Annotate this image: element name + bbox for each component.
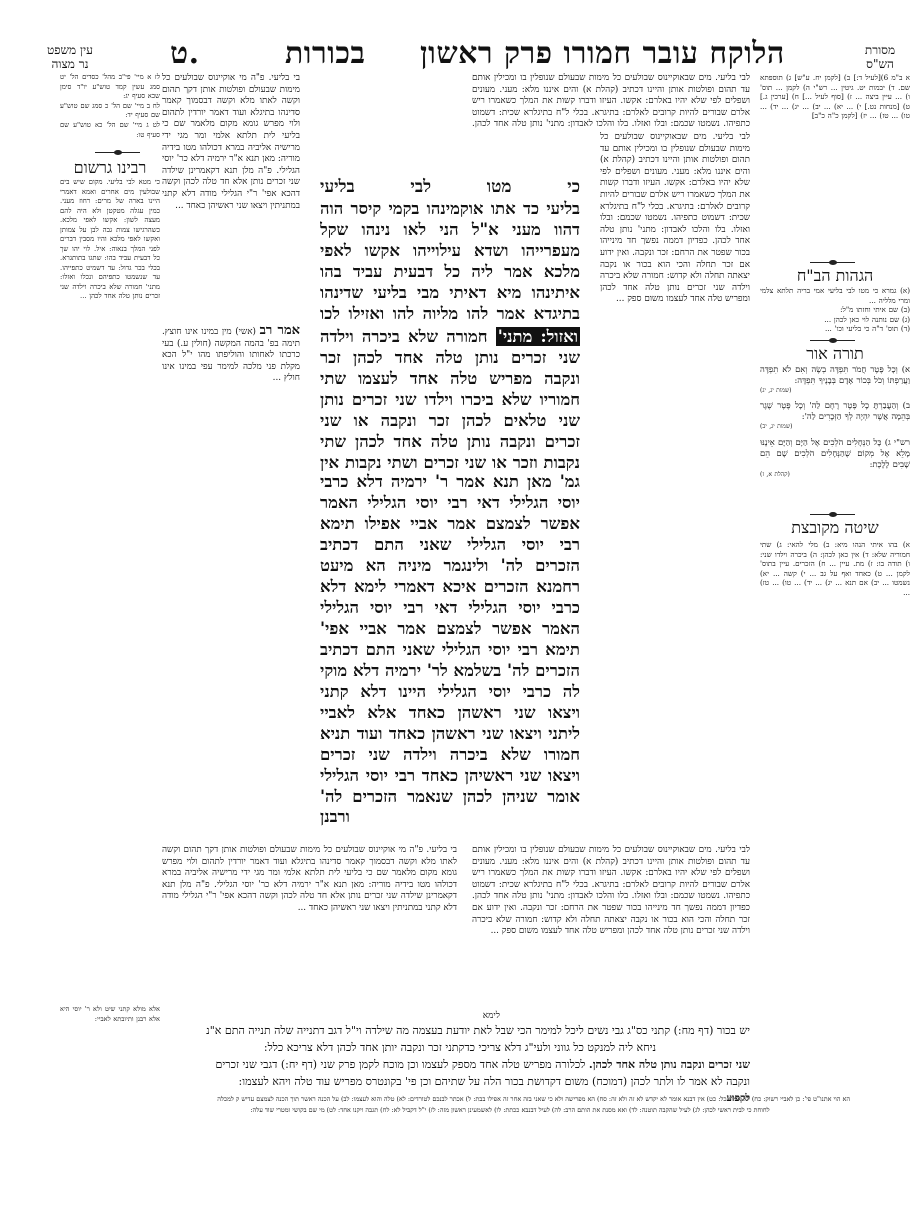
gemara-block: כי מטו לבי בליעי בליעי כד אתו אוקמינהו ב…	[320, 176, 580, 827]
rashi-margin-verse: רש"י ג) כָּל הַנְּחָלִים הֹלְכִים אֶל הַ…	[760, 437, 910, 470]
bottom-line: ונקבה לא אמר לו ולתר לכהן (דמוכח) משום ד…	[170, 1073, 750, 1090]
torah-or-title: תורה אור	[760, 344, 910, 364]
ein-mishpat-label: עין משפט נר מצוה	[40, 43, 100, 71]
hagahot-item: (ב) שם איתי וחזתו מ"ל:	[760, 305, 910, 315]
footnotes: הא הוי אתנו"ט פי': כן לאביי רשוק: כח) לא…	[170, 1094, 850, 1116]
gemara-closing: ורבנן	[320, 806, 490, 827]
gemara-body: מאן תנא אמר ר' ירמיה דלא כרבי יוסי הגליל…	[320, 472, 580, 806]
rashi-text-top: לבי בליעי. מים שבאוקיינוס שבולעים כל מימ…	[472, 73, 750, 131]
rashi-continued: לבי בליעי. מים שבאוקיינוס שבולעים כל מימ…	[472, 845, 750, 1010]
hagahot-habach-list: (א) גמרא כי מטו לבי בליעי אמי בריה תלתא …	[760, 286, 910, 334]
bottom-heading-line: שני זכרים ונקבה נותן טלה אחד לכהן. לכלור…	[170, 1056, 750, 1073]
rashi-text-column: לבי בליעי. מים שבאוקיינוס שבולעים כל מימ…	[600, 132, 750, 842]
footnote-line: לחוחת כי לבית ראשי לכהן: לג) לעיל שהקבה …	[170, 1105, 850, 1116]
ein-mishpat-entry: לח ב מיי' שם הל' כ סמג שם טוש"ע שם סעיף …	[60, 102, 160, 121]
masoret-hashas-label: מסורת הש"ס	[855, 43, 905, 71]
hagahot-item: (ד) תוס' ד"ה כי בליעי וכו' ...	[760, 324, 910, 334]
gemara-marker: גמ'	[560, 472, 580, 491]
tosafot-continued: בי בליעי. פ"ה מי אוקיינוס שבולעים כל מימ…	[162, 845, 457, 1010]
torah-or-verse: א) וְכָל פֶּטֶר חֲמֹר תִּפְדֶּה בְשֶׂה ו…	[760, 364, 910, 386]
shita-mekubetzet-text: א) בהו איתי הנהו מיא: ב) מלי להאי: ג) שת…	[760, 540, 910, 1070]
bottom-line: יש בכור (דף מח:) קתני כס"ג גבי נשים ליכל…	[170, 1022, 750, 1039]
mishnah-text: ואזול: מתני' חמורה שלא ביכרה וילדה שני ז…	[320, 326, 580, 471]
gemara-lines-before-mishnah: בליעי כד אתו אוקמינהו בקמי קיסר הוה דהוו…	[320, 198, 580, 326]
folio-number: ט.	[170, 36, 200, 71]
hagahot-item: (ג) שם נותנה לוי כאן לכהן ...	[760, 315, 910, 325]
bottom-line: ניחא ליה למנקט כל גווני ולעי"ג דלא צריכי…	[170, 1039, 750, 1056]
masoret-hashas-text: א ב"מ 6)[לעיל ד:] ב) [לקמן יח. ע"ש] ג) ת…	[760, 73, 910, 253]
chapter-title: הלוקח עובר חמורו פרק ראשון	[420, 36, 785, 71]
torah-or-verse: ב) וְהַעֲבַרְתָּ כָל פֶּטֶר רֶחֶם לַה' ו…	[760, 400, 910, 422]
tractate-name: בכורות	[285, 36, 366, 71]
ornament-divider	[810, 514, 855, 515]
footnote-line: הא הוי אתנו"ט פי': כן לאביי רשוק: כח) לא…	[170, 1094, 850, 1105]
rashi-margin-ref: (קהלת א, ז)	[760, 470, 910, 480]
ein-mishpat-column: לז א מיי' פי"ב מהל' כסדים הל' יט סמג עשי…	[60, 73, 160, 140]
bottom-tail: לימא	[170, 1010, 750, 1022]
ein-mishpat-entry: לז א מיי' פי"ב מהל' כסדים הל' יט סמג עשי…	[60, 73, 160, 102]
amar-rav-heading: אמר רב	[260, 325, 300, 338]
mishnah-marker: ואזול: מתני'	[496, 327, 580, 346]
left-bottom-note: אלא מולא קתני שיט ולא ר' יוסי היא אלא רב…	[60, 1005, 160, 1024]
opening-words: כי מטו לבי בליעי	[320, 177, 580, 197]
gemara-text: גמ' מאן תנא אמר ר' ירמיה דלא כרבי יוסי ה…	[320, 471, 580, 806]
tosafot-text: בי בליעי. פ"ה מי אוקיינוס שבולעים כל מימ…	[162, 73, 300, 323]
torah-or-block: א) וְכָל פֶּטֶר חֲמֹר תִּפְדֶּה בְשֶׂה ו…	[760, 364, 910, 480]
gemara-opening: כי מטו לבי בליעי	[320, 176, 580, 198]
torah-or-ref: (שמות יג, יג)	[760, 386, 910, 396]
ornament-divider	[95, 152, 140, 153]
tosafot-body: בי בליעי. פ"ה מי אוקיינוס שבולעים כל מימ…	[162, 73, 300, 211]
shita-mekubetzet-title: שיטה מקובצת	[760, 518, 910, 538]
bottom-heading: שני זכרים ונקבה נותן טלה אחד לכהן.	[589, 1058, 750, 1071]
ein-mishpat-entry: לט ג מיי' שם הל' כא טוש"ע שם סעיף טו:	[60, 121, 160, 140]
hagahot-habach-title: הגהות הב"ח	[760, 266, 910, 286]
hagahot-item: (א) גמרא כי מטו לבי בליעי אמי בריה תלתא …	[760, 286, 910, 305]
rabbenu-gershom-text: כי מטא לבי בליעי. מקום שיש בים שבולעין מ…	[60, 178, 160, 1008]
tosafot-amar-rav: אמר רב (אשי) מין במינו אינו חוצץ. תימה ב…	[162, 325, 300, 845]
ornament-divider	[810, 262, 855, 263]
bottom-commentary: לימא יש בכור (דף מח:) קתני כס"ג גבי נשים…	[170, 1010, 750, 1107]
ornament-divider	[810, 340, 855, 341]
rabbenu-gershom-title: רבינו גרשום	[60, 158, 160, 178]
mishnah-body: חמורה שלא ביכרה וילדה שני זכרים נותן טלה…	[320, 327, 580, 471]
torah-or-ref: (שמות יג, יב)	[760, 422, 910, 432]
